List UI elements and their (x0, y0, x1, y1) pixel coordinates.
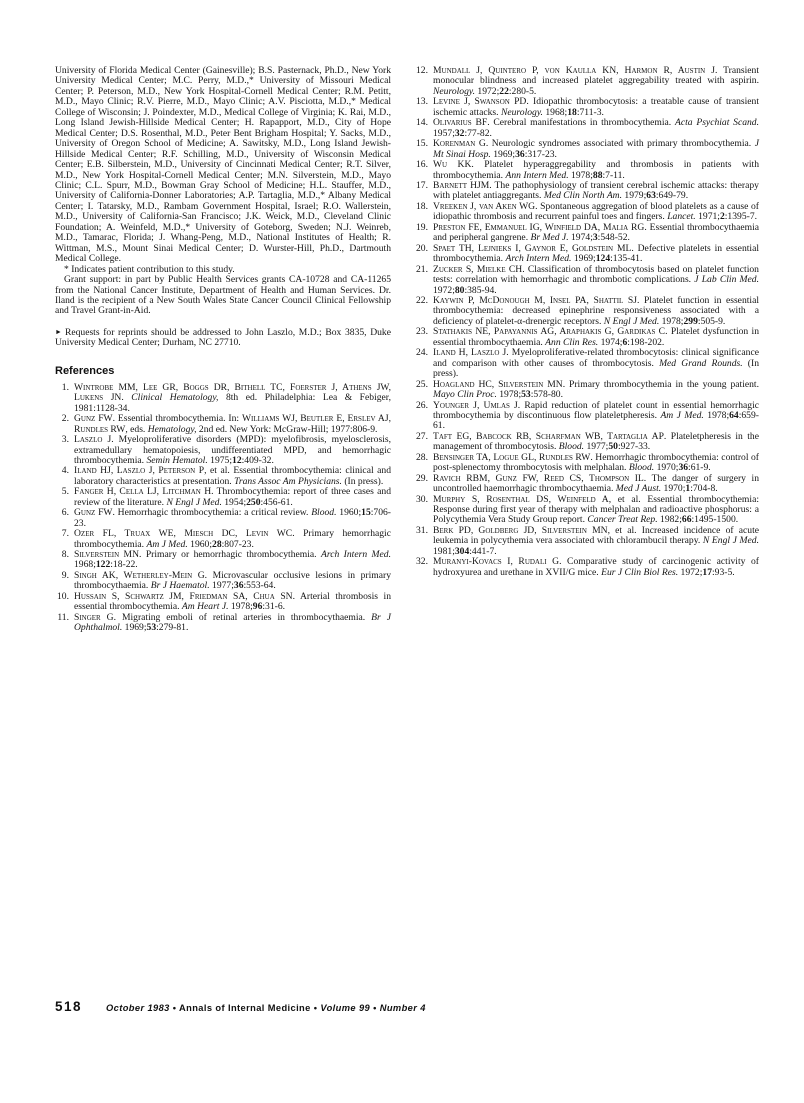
text-segment: 12 (232, 455, 242, 466)
reference-text: Singer G. Migrating emboli of retinal ar… (74, 612, 391, 633)
reference-text: Zucker S, Mielke CH. Classification of t… (433, 264, 759, 296)
text-segment: Med Clin North Am. (544, 190, 622, 201)
text-segment: Spaet TH, Lejnieks I, Gaynor E, Goldstei… (433, 243, 631, 254)
text-segment: 1981; (433, 546, 455, 557)
text-segment: Med J Aust. (616, 483, 661, 494)
reference-number: 9. (55, 571, 69, 581)
text-segment: Gunz FW (74, 507, 112, 518)
reference-text: Wintrobe MM, Lee GR, Boggs DR, Bithell T… (74, 382, 391, 414)
text-segment: 2nd ed. New York: McGraw-Hill; 1977:806-… (197, 424, 378, 435)
text-segment: 63 (646, 190, 656, 201)
text-segment: . Neurologic syndromes associated with p… (486, 138, 755, 149)
text-segment: Neurology. (433, 86, 475, 97)
reference-text: Silverstein MN. Primary or hemorrhagic t… (74, 549, 391, 570)
text-segment: Blood. (559, 441, 584, 452)
text-segment: 1979; (622, 190, 646, 201)
text-segment: :553-64. (243, 580, 275, 591)
reference-number: 30. (414, 495, 428, 505)
reference-number: 1. (55, 383, 69, 393)
text-segment: :317-23. (525, 149, 557, 160)
reference-number: 6. (55, 508, 69, 518)
reference-number: 26. (414, 401, 428, 411)
reference-number: 16. (414, 160, 428, 170)
reference-item: 20.Spaet TH, Lejnieks I, Gaynor E, Golds… (414, 244, 759, 265)
text-segment: • (370, 1003, 380, 1013)
reference-number: 31. (414, 526, 428, 536)
text-segment: 1982; (658, 514, 682, 525)
text-segment: Laszlo J (74, 434, 111, 445)
reference-text: Iland HJ, Laszlo J, Peterson P, et al. E… (74, 465, 391, 486)
reference-item: 29.Ravich RBM, Gunz FW, Reed CS, Thompso… (414, 474, 759, 495)
reprints-paragraph: ►Requests for reprints should be address… (55, 327, 391, 349)
reference-text: Korenman G. Neurologic syndromes associa… (433, 138, 759, 159)
text-segment: Am J Med. (146, 539, 187, 550)
reference-number: 5. (55, 487, 69, 497)
text-segment: :1395-7. (725, 211, 757, 222)
text-segment: 32 (455, 128, 465, 139)
text-segment: • (311, 1003, 321, 1013)
text-segment: 53 (147, 622, 157, 633)
text-segment: Semin Hematol. (146, 455, 207, 466)
reference-text: Vreeken J, van Aken WG. Spontaneous aggr… (433, 201, 759, 222)
text-segment: Mayo Clin Proc. (433, 389, 497, 400)
reference-number: 13. (414, 97, 428, 107)
text-segment: Mundall J, Quintero P, von Kaulla KN, Ha… (433, 65, 715, 76)
reference-number: 10. (55, 592, 69, 602)
text-segment: Fanger H, Cella LJ, Litchman H (74, 486, 211, 497)
text-segment: Eur J Clin Biol Res. (601, 567, 678, 578)
text-segment: 1970; (654, 462, 678, 473)
text-segment: :505-9. (698, 316, 725, 327)
reference-text: Muranyi-Kovacs I, Rudali G. Comparative … (433, 556, 759, 577)
journal-page: University of Florida Medical Center (Ga… (0, 0, 804, 1103)
text-segment: Korenman G (433, 138, 486, 149)
reference-text: Younger J, Umlas J. Rapid reduction of p… (433, 400, 759, 432)
text-segment: 1971; (696, 211, 720, 222)
text-segment: Stathakis NE, Papayannis AG, Araphakis G… (433, 326, 665, 337)
reference-text: Preston FE, Emmanuel IG, Winfield DA, Ma… (433, 222, 759, 243)
reference-text: Fanger H, Cella LJ, Litchman H. Thromboc… (74, 486, 391, 507)
text-segment: 1975; (208, 455, 232, 466)
text-segment: 1970; (661, 483, 685, 494)
text-segment: :927-33. (618, 441, 650, 452)
text-segment: Barnett HJM (433, 180, 489, 191)
reference-item: 6.Gunz FW. Hemorrhagic thrombocythemia: … (55, 508, 391, 529)
text-segment: Br Med J. (531, 232, 569, 243)
text-segment: Ozer FL, Truax WE, Miesch DC, Levin WC (74, 528, 292, 539)
reference-number: 18. (414, 202, 428, 212)
reference-number: 11. (55, 613, 69, 623)
reference-text: Wu KK. Platelet hyperaggregability and t… (433, 159, 759, 180)
text-segment: . Cerebral manifestations in thrombocyth… (487, 117, 675, 128)
reference-number: 3. (55, 435, 69, 445)
text-segment: Blood. (629, 462, 654, 473)
reference-number: 25. (414, 380, 428, 390)
text-segment: 122 (96, 559, 110, 570)
reference-item: 22.Kaywin P, McDonough M, Insel PA, Shat… (414, 296, 759, 327)
text-segment: Hussain S, Schwartz JM, Friedman SA, Chu… (74, 591, 293, 602)
reprints-arrow-icon: ► (55, 328, 62, 336)
reference-number: 15. (414, 139, 428, 149)
references-list-left: 1.Wintrobe MM, Lee GR, Boggs DR, Bithell… (55, 383, 391, 634)
reference-number: 14. (414, 118, 428, 128)
affiliations-paragraph: University of Florida Medical Center (Ga… (55, 66, 391, 265)
reference-item: 18.Vreeken J, van Aken WG. Spontaneous a… (414, 202, 759, 223)
text-segment: 36 (678, 462, 688, 473)
reference-text: Ravich RBM, Gunz FW, Reed CS, Thompson I… (433, 473, 759, 494)
text-segment: :807-23. (222, 539, 254, 550)
text-segment: Kaywin P, McDonough M, Insel PA, Shattil… (433, 295, 637, 306)
text-segment: Ann Clin Res. (545, 337, 598, 348)
references-heading: References (55, 365, 391, 377)
text-segment: Vreeken J, van Aken WG (433, 201, 535, 212)
text-segment: 64 (729, 410, 739, 421)
text-segment: J Lab Clin Med. (694, 274, 759, 285)
reference-item: 25.Hoagland HC, Silverstein MN. Primary … (414, 380, 759, 401)
reference-item: 4.Iland HJ, Laszlo J, Peterson P, et al.… (55, 466, 391, 487)
text-segment: 1972; (433, 285, 455, 296)
reference-text: Laszlo J. Myeloproliferative disorders (… (74, 434, 391, 466)
text-segment: 80 (455, 285, 465, 296)
text-segment: :7-11. (602, 170, 624, 181)
reference-item: 1.Wintrobe MM, Lee GR, Boggs DR, Bithell… (55, 383, 391, 414)
reference-item: 10.Hussain S, Schwartz JM, Friedman SA, … (55, 592, 391, 613)
text-segment: N Engl J Med. (166, 497, 221, 508)
text-segment: Singer G (74, 612, 114, 623)
reference-item: 12.Mundall J, Quintero P, von Kaulla KN,… (414, 66, 759, 97)
text-segment: N Engl J Med. (703, 535, 759, 546)
reference-item: 5.Fanger H, Cella LJ, Litchman H. Thromb… (55, 487, 391, 508)
reference-item: 31.Berk PD, Goldberg JD, Silverstein MN,… (414, 526, 759, 557)
reference-number: 22. (414, 296, 428, 306)
text-segment: Silverstein MN (74, 549, 139, 560)
text-segment: . Primary or hemorrhagic thrombocythemia… (139, 549, 321, 560)
text-segment: 1977; (584, 441, 608, 452)
text-segment: :77-82. (464, 128, 491, 139)
reference-number: 19. (414, 223, 428, 233)
right-column: 12.Mundall J, Quintero P, von Kaulla KN,… (414, 66, 759, 634)
text-segment: Arch Intern Med. (505, 253, 571, 264)
text-segment: . Essential thrombocythemia. In: (113, 413, 242, 424)
text-segment: Gunz FW (74, 413, 113, 424)
text-segment: 1968; (543, 107, 567, 118)
text-segment: Muranyi-Kovacs I, Rudali G (433, 556, 559, 567)
text-segment: 28 (212, 539, 222, 550)
text-segment: Am Heart J. (182, 601, 229, 612)
reference-number: 23. (414, 327, 428, 337)
text-segment: Berk PD, Goldberg JD, Silverstein MN (433, 525, 608, 536)
text-segment: 96 (253, 601, 263, 612)
text-segment: Am J Med. (660, 410, 703, 421)
text-segment: Arch Intern Med. (321, 549, 391, 560)
text-segment: Acta Psychiat Scand. (675, 117, 759, 128)
text-segment: :649-79. (656, 190, 688, 201)
reference-number: 20. (414, 244, 428, 254)
text-segment: • (170, 1003, 179, 1013)
reference-text: Iland H, Laszlo J. Myeloproliferative-re… (433, 347, 759, 379)
text-segment: Singh AK, Wetherley-Mein G (74, 570, 205, 581)
reference-number: 8. (55, 550, 69, 560)
text-segment: :1495-1500. (692, 514, 739, 525)
reference-text: Olivarius BF. Cerebral manifestations in… (433, 117, 759, 138)
text-segment: 1960; (337, 507, 362, 518)
two-column-layout: University of Florida Medical Center (Ga… (55, 66, 759, 634)
text-segment: Ann Intern Med. (505, 170, 568, 181)
text-segment: :441-7. (469, 546, 496, 557)
reference-number: 29. (414, 474, 428, 484)
reference-item: 16.Wu KK. Platelet hyperaggregability an… (414, 160, 759, 181)
reference-number: 24. (414, 348, 428, 358)
text-segment: 1969; (122, 622, 146, 633)
reference-text: Hoagland HC, Silverstein MN. Primary thr… (433, 379, 759, 400)
text-segment: 304 (455, 546, 469, 557)
text-segment: Med Grand Rounds. (659, 358, 743, 369)
reference-item: 9.Singh AK, Wetherley-Mein G. Microvascu… (55, 571, 391, 592)
text-segment: :711-3. (577, 107, 604, 118)
text-segment: :704-8. (690, 483, 717, 494)
references-list-right: 12.Mundall J, Quintero P, von Kaulla KN,… (414, 66, 759, 578)
text-segment: Blood. (311, 507, 336, 518)
text-segment: :385-94. (464, 285, 496, 296)
reference-item: 15.Korenman G. Neurologic syndromes asso… (414, 139, 759, 160)
reference-number: 21. (414, 265, 428, 275)
text-segment: Wu KK (433, 159, 471, 170)
reference-item: 24.Iland H, Laszlo J. Myeloproliferative… (414, 348, 759, 379)
text-segment: Iland HJ, Laszlo J, Peterson P (74, 465, 204, 476)
text-segment: 1974; (569, 232, 593, 243)
text-segment: 1974; (598, 337, 622, 348)
text-segment: 1978; (569, 170, 593, 181)
text-segment: 1968; (74, 559, 96, 570)
page-number: 518 (55, 1002, 82, 1012)
text-segment: :135-41. (610, 253, 642, 264)
reference-text: Gunz FW. Hemorrhagic thrombocythemia: a … (74, 507, 391, 528)
text-segment: 299 (683, 316, 697, 327)
reference-item: 8.Silverstein MN. Primary or hemorrhagic… (55, 550, 391, 571)
reference-text: Mundall J, Quintero P, von Kaulla KN, Ha… (433, 65, 759, 97)
text-segment: :456-61. (261, 497, 293, 508)
text-segment: (In press). (342, 476, 383, 487)
text-segment: . Hemorrhagic thrombocythemia: a critica… (112, 507, 311, 518)
text-segment: 17 (702, 567, 712, 578)
text-segment: 1978; (229, 601, 253, 612)
reference-number: 7. (55, 529, 69, 539)
text-segment: :93-5. (712, 567, 735, 578)
text-segment: Hoagland HC, Silverstein MN (433, 379, 563, 390)
text-segment: Hematology, (148, 424, 197, 435)
reference-item: 7.Ozer FL, Truax WE, Miesch DC, Levin WC… (55, 529, 391, 550)
grant-support-paragraph: Grant support: in part by Public Health … (55, 275, 391, 317)
text-segment: :548-52. (598, 232, 630, 243)
text-segment: Levine J, Swanson PD (433, 96, 526, 107)
reference-text: Murphy S, Rosenthal DS, Weinfeld A, et a… (433, 494, 759, 526)
page-footer: 518 October 1983 • Annals of Internal Me… (55, 1002, 426, 1013)
reference-text: Levine J, Swanson PD. Idiopathic thrombo… (433, 96, 759, 117)
text-segment: 1978; (497, 389, 521, 400)
reference-number: 12. (414, 66, 428, 76)
text-segment: 1969; (491, 149, 515, 160)
reference-item: 21.Zucker S, Mielke CH. Classification o… (414, 265, 759, 296)
text-segment: Preston FE, Emmanuel IG, Winfield DA, Ma… (433, 222, 644, 233)
reference-item: 3.Laszlo J. Myeloproliferative disorders… (55, 435, 391, 466)
text-segment: 1960; (188, 539, 212, 550)
text-segment: 124 (596, 253, 610, 264)
text-segment: 1972; (475, 86, 499, 97)
text-segment: 1954; (222, 497, 246, 508)
reference-item: 32.Muranyi-Kovacs I, Rudali G. Comparati… (414, 557, 759, 578)
reference-item: 30.Murphy S, Rosenthal DS, Weinfeld A, e… (414, 495, 759, 526)
left-column: University of Florida Medical Center (Ga… (55, 66, 391, 634)
reference-number: 2. (55, 414, 69, 424)
reference-item: 26.Younger J, Umlas J. Rapid reduction o… (414, 401, 759, 432)
text-segment: 36 (515, 149, 525, 160)
text-segment: . Migrating emboli of retinal arteries i… (114, 612, 372, 623)
journal-issue-line: October 1983 • Annals of Internal Medici… (106, 1003, 426, 1013)
reference-item: 28.Bensinger TA, Logue GL, Rundles RW. H… (414, 453, 759, 474)
reference-number: 28. (414, 453, 428, 463)
text-segment: , eds. (125, 424, 147, 435)
text-segment: 1957; (433, 128, 455, 139)
reprints-text: Requests for reprints should be addresse… (55, 327, 391, 348)
text-segment: Volume 99 (320, 1003, 370, 1013)
reference-item: 27.Taft EG, Babcock RB, Scharfman WB, Ta… (414, 432, 759, 453)
text-segment: . (121, 392, 131, 403)
text-segment: N Engl J Med. (604, 316, 659, 327)
reference-text: Berk PD, Goldberg JD, Silverstein MN, et… (433, 525, 759, 557)
reference-item: 23.Stathakis NE, Papayannis AG, Araphaki… (414, 327, 759, 348)
text-segment: Annals of Internal Medicine (179, 1003, 311, 1013)
text-segment: 53 (521, 389, 531, 400)
text-segment: 1969; (571, 253, 595, 264)
text-segment: Cancer Treat Rep. (587, 514, 657, 525)
text-segment: . Primary thrombocythemia in the young p… (563, 379, 759, 390)
text-segment: :18-22. (110, 559, 137, 570)
text-segment: Murphy S, Rosenthal DS, Weinfeld A (433, 494, 609, 505)
text-segment: 1978; (659, 316, 683, 327)
text-segment: :409-32. (242, 455, 274, 466)
text-segment: 22 (499, 86, 509, 97)
reference-text: Ozer FL, Truax WE, Miesch DC, Levin WC. … (74, 528, 391, 549)
text-segment: Number 4 (380, 1003, 426, 1013)
text-segment: Neurology. (501, 107, 543, 118)
text-segment: :198-202. (627, 337, 664, 348)
text-segment: October 1983 (106, 1003, 170, 1013)
reference-text: Bensinger TA, Logue GL, Rundles RW. Hemo… (433, 452, 759, 473)
reference-text: Hussain S, Schwartz JM, Friedman SA, Chu… (74, 591, 391, 612)
text-segment: Taft EG, Babcock RB, Scharfman WB, Tarta… (433, 431, 664, 442)
reference-text: Stathakis NE, Papayannis AG, Araphakis G… (433, 326, 759, 347)
text-segment: Olivarius BF (433, 117, 487, 128)
text-segment: Iland H, Laszlo J (433, 347, 506, 358)
text-segment: 66 (682, 514, 692, 525)
reference-number: 17. (414, 181, 428, 191)
text-segment: Younger J, Umlas J (433, 400, 518, 411)
text-segment: Br J Haematol. (151, 580, 210, 591)
text-segment: :280-5. (509, 86, 536, 97)
text-segment: Zucker S, Mielke CH (433, 264, 522, 275)
text-segment: Ravich RBM, Gunz FW, Reed CS, Thompson I… (433, 473, 644, 484)
reference-text: Kaywin P, McDonough M, Insel PA, Shattil… (433, 295, 759, 327)
text-segment: 50 (608, 441, 618, 452)
text-segment: :61-9. (688, 462, 711, 473)
reference-text: Singh AK, Wetherley-Mein G. Microvascula… (74, 570, 391, 591)
reference-item: 2.Gunz FW. Essential thrombocythemia. In… (55, 414, 391, 435)
text-segment: 18 (567, 107, 577, 118)
reference-item: 19.Preston FE, Emmanuel IG, Winfield DA,… (414, 223, 759, 244)
reference-item: 11.Singer G. Migrating emboli of retinal… (55, 613, 391, 634)
reference-number: 27. (414, 432, 428, 442)
reference-text: Spaet TH, Lejnieks I, Gaynor E, Goldstei… (433, 243, 759, 264)
reference-number: 4. (55, 466, 69, 476)
text-segment: 15 (361, 507, 371, 518)
reference-text: Barnett HJM. The pathophysiology of tran… (433, 180, 759, 201)
reference-item: 13.Levine J, Swanson PD. Idiopathic thro… (414, 97, 759, 118)
reference-item: 14.Olivarius BF. Cerebral manifestations… (414, 118, 759, 139)
text-segment: 1977; (210, 580, 234, 591)
text-segment: Clinical Hematology, (131, 392, 218, 403)
reference-number: 32. (414, 557, 428, 567)
reference-item: 17.Barnett HJM. The pathophysiology of t… (414, 181, 759, 202)
text-segment: 1978; (704, 410, 729, 421)
text-segment: Trans Assoc Am Physicians. (234, 476, 342, 487)
reference-text: Gunz FW. Essential thrombocythemia. In: … (74, 413, 391, 434)
text-segment: Lancet. (667, 211, 696, 222)
text-segment: :31-6. (262, 601, 285, 612)
text-segment: 250 (246, 497, 260, 508)
text-segment: :578-80. (531, 389, 563, 400)
text-segment: :279-81. (156, 622, 188, 633)
text-segment: 1972; (678, 567, 702, 578)
text-segment: Bensinger TA, Logue GL, Rundles RW (433, 452, 590, 463)
reference-text: Taft EG, Babcock RB, Scharfman WB, Tarta… (433, 431, 759, 452)
